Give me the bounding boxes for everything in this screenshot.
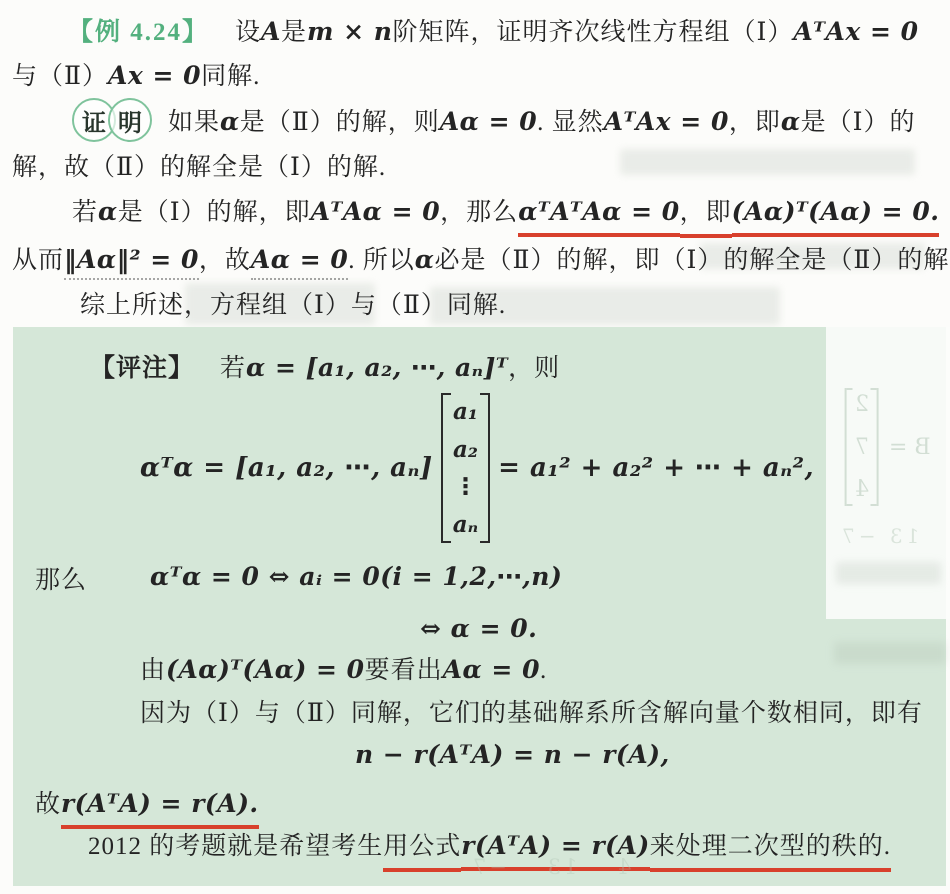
text-segment: 阶矩阵，证明齐次线性方程组（Ⅰ） bbox=[392, 17, 793, 50]
text-segment: ，则 bbox=[508, 353, 560, 386]
text-segment: 解，故（Ⅱ）的解全是（Ⅰ）的解. bbox=[12, 152, 386, 185]
proof-badge: 证 明 bbox=[72, 98, 152, 142]
review-line-2: 由(Aα)ᵀ(Aα) = 0 要看出 Aα = 0. bbox=[140, 654, 547, 688]
review-line-3: 因为（Ⅰ）与（Ⅱ）同解，它们的基础解系所含解向量个数相同，即有 bbox=[140, 698, 923, 731]
text-segment: 必是（Ⅱ）的解，即（Ⅰ）的解全是（Ⅱ）的解. bbox=[435, 245, 950, 278]
vector-entry: aₙ bbox=[453, 512, 478, 537]
review-equation-3: ⇔ α = 0. bbox=[420, 614, 537, 643]
review-connector: 那么 bbox=[35, 565, 87, 598]
text-segment: 从而 bbox=[12, 245, 64, 278]
text-segment: 来处理二次型的秩的. bbox=[650, 831, 891, 872]
text-segment: 与（Ⅱ） bbox=[12, 61, 108, 94]
math-segment: AᵀAx = 0 bbox=[793, 16, 918, 49]
text-segment: 用公式 bbox=[383, 831, 461, 872]
text-segment: 如果 bbox=[168, 107, 220, 140]
review-main-equation: αᵀα = [a₁, a₂, ⋯, aₙ] a₁ a₂ ⋮ aₙ = a₁² +… bbox=[140, 393, 814, 543]
review-equation-2: αᵀα = 0 ⇔ aᵢ = 0(i = 1,2,⋯,n) bbox=[150, 562, 562, 591]
math-segment: Aα = 0 bbox=[443, 654, 540, 687]
proof-line-1: 如果 α 是（Ⅱ）的解，则 Aα = 0. 显然 AᵀAx = 0，即 α 是（… bbox=[168, 106, 916, 140]
bleedthrough-matrix-label: B = bbox=[889, 435, 931, 460]
bleedthrough-shape bbox=[836, 562, 941, 584]
problem-line-1: 【例 4.24】 设 A 是 m × n 阶矩阵，证明齐次线性方程组（Ⅰ）AᵀA… bbox=[68, 16, 919, 50]
text-segment: 2012 的考题就是希望考生 bbox=[88, 831, 383, 864]
math-segment: ‖Aα‖² = 0 bbox=[64, 244, 199, 280]
text-segment: ，即 bbox=[729, 107, 781, 140]
green-segment: 【例 4.24】 bbox=[68, 17, 209, 50]
bleedthrough-matrix-row: 13 −7 bbox=[838, 524, 919, 548]
math-segment: Aα = 0 bbox=[440, 106, 537, 139]
text-segment: 是（Ⅰ）的 bbox=[801, 107, 916, 140]
bleedthrough-shape bbox=[620, 149, 915, 175]
math-segment: α = [a₁, a₂, ⋯, aₙ]ᵀ bbox=[246, 352, 508, 385]
review-line-1: 【评注】 若 α = [a₁, a₂, ⋯, aₙ]ᵀ，则 bbox=[90, 352, 560, 386]
bleedthrough-matrix-entry: 7 bbox=[855, 435, 869, 460]
text-segment: 是（Ⅱ）的解，则 bbox=[240, 107, 440, 140]
proof-badge-char-1: 证 bbox=[82, 103, 106, 138]
bold-segment: 【评注】 bbox=[90, 352, 194, 385]
text-segment: . 所以 bbox=[348, 245, 415, 278]
review-equation-4: n − r(AᵀA) = n − r(A), bbox=[355, 740, 670, 769]
math-segment: r(AᵀA) = r(A). bbox=[61, 788, 259, 829]
proof-line-3: 若 α 是（Ⅰ）的解，即 AᵀAα = 0，那么 αᵀAᵀAα = 0，即(Aα… bbox=[72, 196, 939, 238]
bleedthrough-matrix-column: 2 7 4 bbox=[845, 388, 879, 506]
math-segment: (Aα)ᵀ(Aα) = 0 bbox=[166, 654, 365, 687]
text-segment: 若 bbox=[72, 197, 98, 230]
equation-rhs: = a₁² + a₂² + ⋯ + aₙ², bbox=[498, 453, 814, 483]
proof-line-5: 综上所述，方程组（Ⅰ）与（Ⅱ）同解. bbox=[80, 290, 506, 323]
text-segment: 综上所述，方程组（Ⅰ）与（Ⅱ）同解. bbox=[80, 290, 506, 323]
text-segment: ，故 bbox=[199, 245, 251, 278]
math-segment: AᵀAx = 0 bbox=[604, 106, 729, 139]
text-segment: 由 bbox=[140, 655, 166, 688]
column-vector: a₁ a₂ ⋮ aₙ bbox=[441, 393, 490, 543]
proof-line-4: 从而 ‖Aα‖² = 0，故 Aα = 0. 所以 α 必是（Ⅱ）的解，即（Ⅰ）… bbox=[12, 244, 950, 280]
math-segment: α bbox=[781, 106, 801, 139]
bleedthrough-matrix: B = 2 7 4 bbox=[845, 388, 931, 506]
math-segment: α bbox=[220, 106, 240, 139]
text-segment: 是 bbox=[281, 17, 307, 50]
text-segment: 同解. bbox=[201, 61, 260, 94]
text-segment: 故 bbox=[35, 789, 61, 822]
text-segment: . bbox=[540, 655, 547, 688]
bleedthrough-shape bbox=[834, 642, 946, 664]
math-segment: AᵀAα = 0 bbox=[311, 196, 441, 229]
equation-lhs: αᵀα = [a₁, a₂, ⋯, aₙ] bbox=[140, 453, 433, 483]
bleedthrough-matrix-entry: 4 bbox=[855, 477, 869, 502]
math-segment: αᵀAᵀAα = 0 bbox=[518, 196, 679, 237]
text-segment: 要看出 bbox=[365, 655, 443, 688]
text-segment: 设 bbox=[209, 17, 261, 50]
math-segment: α bbox=[98, 196, 118, 229]
text-segment: ，即 bbox=[680, 197, 732, 238]
bleedthrough-bottom-row: 4 13 −7 bbox=[470, 855, 631, 879]
proof-badge-circle-2: 明 bbox=[108, 98, 152, 142]
proof-line-2: 解，故（Ⅱ）的解全是（Ⅰ）的解. bbox=[12, 152, 386, 185]
textbook-page: 【例 4.24】 设 A 是 m × n 阶矩阵，证明齐次线性方程组（Ⅰ）AᵀA… bbox=[0, 0, 950, 894]
math-segment: A bbox=[261, 16, 281, 49]
vector-vdots: ⋮ bbox=[454, 474, 477, 499]
math-segment: m × n bbox=[307, 16, 392, 49]
vector-entry: a₂ bbox=[453, 437, 478, 462]
text-segment: 是（Ⅰ）的解，即 bbox=[118, 197, 311, 230]
text-segment: ，那么 bbox=[440, 197, 518, 230]
math-segment: (Aα)ᵀ(Aα) = 0. bbox=[732, 196, 940, 237]
math-segment: Aα = 0 bbox=[251, 244, 348, 280]
text-segment: 若 bbox=[194, 353, 246, 386]
proof-badge-char-2: 明 bbox=[118, 103, 142, 138]
vector-entry: a₁ bbox=[453, 399, 478, 424]
math-segment: α bbox=[415, 244, 435, 277]
problem-line-2: 与（Ⅱ）Ax = 0 同解. bbox=[12, 60, 260, 94]
review-line-4: 故 r(AᵀA) = r(A). bbox=[35, 788, 259, 829]
math-segment: Ax = 0 bbox=[108, 60, 201, 93]
text-segment: . 显然 bbox=[537, 107, 604, 140]
text-segment: 因为（Ⅰ）与（Ⅱ）同解，它们的基础解系所含解向量个数相同，即有 bbox=[140, 698, 923, 731]
bleedthrough-matrix-entry: 2 bbox=[855, 392, 869, 417]
